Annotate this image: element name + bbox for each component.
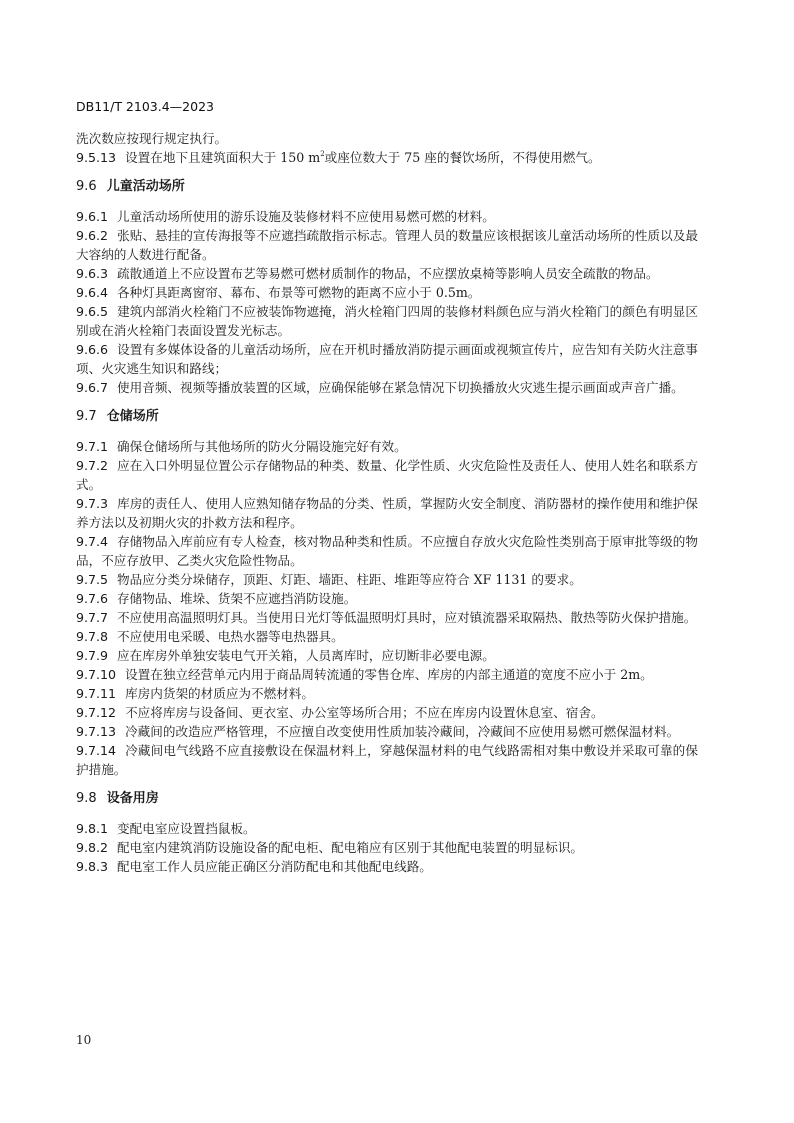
- clause-text: 物品应分类分垛储存，顶距、灯距、墙距、柱距、堆距等应符合 XF 1131 的要求…: [117, 572, 582, 587]
- clause-9-7-3: 9.7.3库房的责任人、使用人应熟知储存物品的分类、性质，掌握防火安全制度、消防…: [76, 494, 698, 532]
- clause-text: 不应使用电采暖、电热水器等电热器具。: [117, 629, 344, 644]
- clause-9-7-13: 9.7.13冷藏间的改造应严格管理，不应擅自改变使用性质加装冷藏间，冷藏间不应使…: [76, 722, 698, 741]
- clause-text-part-b: 或座位数大于 75 座的餐饮场所，不得使用燃气。: [325, 150, 601, 165]
- clause-number: 9.6.1: [76, 209, 108, 224]
- section-heading-9-8: 9.8设备用房: [76, 789, 698, 809]
- clause-9-6-4: 9.6.4各种灯具距离窗帘、幕布、布景等可燃物的距离不应小于 0.5m。: [76, 283, 698, 302]
- paragraph-continuation: 洗次数应按现行规定执行。: [76, 129, 698, 148]
- clause-text: 建筑内部消火栓箱门不应被装饰物遮掩，消火栓箱门四周的装修材料颜色应与消火栓箱门的…: [76, 304, 698, 338]
- section-number: 9.6: [76, 179, 97, 194]
- clause-text: 库房的责任人、使用人应熟知储存物品的分类、性质，掌握防火安全制度、消防器材的操作…: [76, 496, 698, 530]
- document-body: 洗次数应按现行规定执行。 9.5.13设置在地下且建筑面积大于 150 m2或座…: [76, 129, 698, 876]
- clause-text: 库房内货架的材质应为不燃材料。: [125, 686, 314, 701]
- clause-number: 9.7.4: [76, 534, 108, 549]
- clause-9-7-7: 9.7.7不应使用高温照明灯具。当使用日光灯等低温照明灯具时，应对镇流器采取隔热…: [76, 608, 698, 627]
- clause-number: 9.6.7: [76, 380, 108, 395]
- clause-text: 应在库房外单独安装电气开关箱，人员离库时，应切断非必要电源。: [117, 648, 495, 663]
- clause-text: 应在入口外明显位置公示存储物品的种类、数量、化学性质、火灾危险性及责任人、使用人…: [76, 458, 698, 492]
- clause-9-6-2: 9.6.2张贴、悬挂的宣传海报等不应遮挡疏散指示标志。管理人员的数量应该根据该儿…: [76, 226, 698, 264]
- clause-9-7-6: 9.7.6存储物品、堆垛、货架不应遮挡消防设施。: [76, 589, 698, 608]
- clause-number: 9.7.14: [76, 743, 116, 758]
- clause-number: 9.6.3: [76, 266, 108, 281]
- clause-text: 冷藏间电气线路不应直接敷设在保温材料上，穿越保温材料的电气线路需相对集中敷设并采…: [76, 743, 698, 777]
- clause-9-7-10: 9.7.10设置在独立经营单元内用于商品周转流通的零售仓库、库房的内部主通道的宽…: [76, 665, 698, 684]
- clause-text: 设置有多媒体设备的儿童活动场所，应在开机时播放消防提示画面或视频宣传片，应告知有…: [76, 342, 698, 376]
- section-title: 设备用房: [107, 791, 159, 806]
- clause-text: 确保仓储场所与其他场所的防火分隔设施完好有效。: [117, 439, 407, 454]
- clause-number: 9.6.6: [76, 342, 108, 357]
- clause-9-5-13: 9.5.13设置在地下且建筑面积大于 150 m2或座位数大于 75 座的餐饮场…: [76, 148, 698, 167]
- clause-number: 9.7.7: [76, 610, 108, 625]
- section-title: 仓储场所: [107, 409, 159, 424]
- clause-text: 存储物品、堆垛、货架不应遮挡消防设施。: [117, 591, 356, 606]
- clause-9-7-4: 9.7.4存储物品入库前应有专人检查，核对物品种类和性质。不应擅自存放火灾危险性…: [76, 532, 698, 570]
- clause-9-7-2: 9.7.2应在入口外明显位置公示存储物品的种类、数量、化学性质、火灾危险性及责任…: [76, 456, 698, 494]
- clause-9-7-12: 9.7.12不应将库房与设备间、更衣室、办公室等场所合用；不应在库房内设置休息室…: [76, 703, 698, 722]
- clause-text: 变配电室应设置挡鼠板。: [117, 821, 256, 836]
- clause-text: 疏散通道上不应设置布艺等易燃可燃材质制作的物品，不应摆放桌椅等影响人员安全疏散的…: [117, 266, 659, 281]
- page-number: 10: [76, 1033, 91, 1047]
- clause-9-6-1: 9.6.1儿童活动场所使用的游乐设施及装修材料不应使用易燃可燃的材料。: [76, 207, 698, 226]
- document-code-header: DB11/T 2103.4—2023: [76, 99, 214, 114]
- clause-text: 冷藏间的改造应严格管理，不应擅自改变使用性质加装冷藏间，冷藏间不应使用易燃可燃保…: [125, 724, 679, 739]
- clause-text: 张贴、悬挂的宣传海报等不应遮挡疏散指示标志。管理人员的数量应该根据该儿童活动场所…: [76, 228, 698, 262]
- clause-9-6-7: 9.6.7使用音频、视频等播放装置的区域，应确保能够在紧急情况下切换播放火灾逃生…: [76, 378, 698, 397]
- clause-number: 9.7.9: [76, 648, 108, 663]
- clause-9-6-5: 9.6.5建筑内部消火栓箱门不应被装饰物遮掩，消火栓箱门四周的装修材料颜色应与消…: [76, 302, 698, 340]
- clause-text: 各种灯具距离窗帘、幕布、布景等可燃物的距离不应小于 0.5m。: [117, 285, 480, 300]
- section-number: 9.8: [76, 791, 97, 806]
- clause-text: 配电室工作人员应能正确区分消防配电和其他配电线路。: [117, 859, 432, 874]
- clause-number: 9.5.13: [76, 150, 116, 165]
- clause-number: 9.6.5: [76, 304, 108, 319]
- clause-9-7-5: 9.7.5物品应分类分垛储存，顶距、灯距、墙距、柱距、堆距等应符合 XF 113…: [76, 570, 698, 589]
- clause-text: 使用音频、视频等播放装置的区域，应确保能够在紧急情况下切换播放火灾逃生提示画面或…: [117, 380, 684, 395]
- clause-number: 9.7.6: [76, 591, 108, 606]
- clause-number: 9.6.2: [76, 228, 108, 243]
- clause-text: 儿童活动场所使用的游乐设施及装修材料不应使用易燃可燃的材料。: [117, 209, 495, 224]
- clause-text-part-a: 设置在地下且建筑面积大于 150 m: [125, 150, 320, 165]
- section-number: 9.7: [76, 409, 97, 424]
- clause-number: 9.7.3: [76, 496, 108, 511]
- clause-number: 9.7.2: [76, 458, 108, 473]
- clause-number: 9.7.10: [76, 667, 116, 682]
- clause-9-6-3: 9.6.3疏散通道上不应设置布艺等易燃可燃材质制作的物品，不应摆放桌椅等影响人员…: [76, 264, 698, 283]
- clause-9-7-9: 9.7.9应在库房外单独安装电气开关箱，人员离库时，应切断非必要电源。: [76, 646, 698, 665]
- clause-number: 9.7.8: [76, 629, 108, 644]
- clause-9-7-8: 9.7.8不应使用电采暖、电热水器等电热器具。: [76, 627, 698, 646]
- section-heading-9-7: 9.7仓储场所: [76, 407, 698, 427]
- clause-text: 设置在独立经营单元内用于商品周转流通的零售仓库、库房的内部主通道的宽度不应小于 …: [125, 667, 653, 682]
- clause-9-7-14: 9.7.14冷藏间电气线路不应直接敷设在保温材料上，穿越保温材料的电气线路需相对…: [76, 741, 698, 779]
- clause-text: 不应使用高温照明灯具。当使用日光灯等低温照明灯具时，应对镇流器采取隔热、散热等防…: [117, 610, 696, 625]
- clause-text: 配电室内建筑消防设施设备的配电柜、配电箱应有区别于其他配电装置的明显标识。: [117, 840, 583, 855]
- clause-number: 9.7.1: [76, 439, 108, 454]
- clause-number: 9.7.11: [76, 686, 116, 701]
- clause-number: 9.6.4: [76, 285, 108, 300]
- clause-text: 不应将库房与设备间、更衣室、办公室等场所合用；不应在库房内设置休息室、宿舍。: [125, 705, 604, 720]
- clause-text: 存储物品入库前应有专人检查，核对物品种类和性质。不应擅自存放火灾危险性类别高于原…: [76, 534, 698, 568]
- section-heading-9-6: 9.6儿童活动场所: [76, 177, 698, 197]
- clause-9-8-2: 9.8.2配电室内建筑消防设施设备的配电柜、配电箱应有区别于其他配电装置的明显标…: [76, 838, 698, 857]
- clause-number: 9.8.3: [76, 859, 108, 874]
- clause-9-7-1: 9.7.1确保仓储场所与其他场所的防火分隔设施完好有效。: [76, 437, 698, 456]
- clause-number: 9.7.5: [76, 572, 108, 587]
- section-title: 儿童活动场所: [107, 179, 185, 194]
- clause-9-8-3: 9.8.3配电室工作人员应能正确区分消防配电和其他配电线路。: [76, 857, 698, 876]
- clause-number: 9.7.12: [76, 705, 116, 720]
- clause-9-7-11: 9.7.11库房内货架的材质应为不燃材料。: [76, 684, 698, 703]
- clause-9-8-1: 9.8.1变配电室应设置挡鼠板。: [76, 819, 698, 838]
- clause-number: 9.7.13: [76, 724, 116, 739]
- clause-number: 9.8.2: [76, 840, 108, 855]
- clause-9-6-6: 9.6.6设置有多媒体设备的儿童活动场所，应在开机时播放消防提示画面或视频宣传片…: [76, 340, 698, 378]
- clause-number: 9.8.1: [76, 821, 108, 836]
